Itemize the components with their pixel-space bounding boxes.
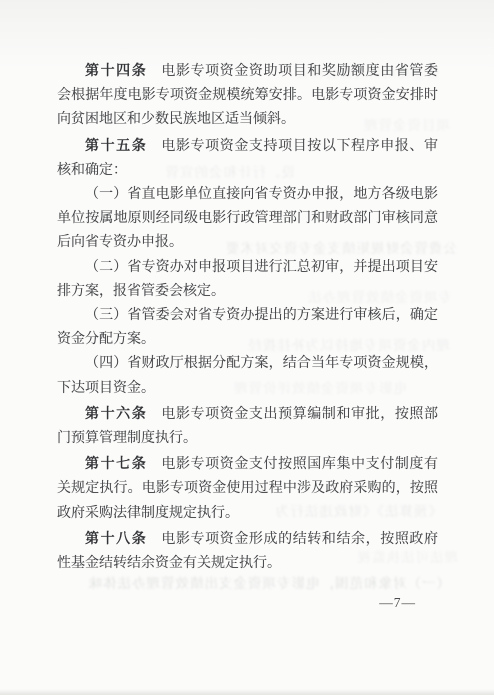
scanned-document-page: 资金使用情况监督检查 项目资金管理 设。行计和会的宣管 公费管会财规矩绩支金专资…	[0, 0, 494, 695]
scan-shading-bottom	[0, 689, 494, 695]
paragraph: （四）省财政厅根据分配方案，结合当年专项资金规模，下达项目资金。	[57, 352, 438, 400]
article-number: 第十八条	[85, 530, 147, 546]
paragraph-text: （三）省管委会对省专资办提出的方案进行审核后，确定资金分配方案。	[57, 308, 438, 347]
paragraph: （一）省直电影单位直接向省专资办申报，地方各级电影单位按属地原则经同级电影行政管…	[57, 183, 438, 256]
paragraph: （三）省管委会对省专资办提出的方案进行审核后，确定资金分配方案。	[57, 304, 438, 352]
article-number: 第十七条	[85, 455, 147, 471]
paragraph-text: （一）省直电影单位直接向省专资办申报，地方各级电影单位按属地原则经同级电影行政管…	[57, 187, 438, 250]
paragraph: 第十五条电影专项资金支持项目按以下程序申报、审核和确定：	[57, 133, 438, 183]
paragraph-text: （二）省专资办对申报项目进行汇总初审，并提出项目安排方案，报省管委会核定。	[57, 260, 438, 299]
paragraph: 第十八条电影专项资金形成的结转和结余，按照政府性基金结转结余资金有关规定执行。	[57, 526, 438, 576]
document-body: 第十四条电影专项资金资助项目和奖励额度由省管委会根据年度电影专项资金规模统筹安排…	[57, 58, 438, 576]
paragraph: 第十七条电影专项资金支付按照国库集中支付制度有关规定执行。电影专项资金使用过程中…	[57, 451, 438, 526]
article-number: 第十四条	[85, 62, 147, 78]
paragraph: 第十六条电影专项资金支出预算编制和审批，按照部门预算管理制度执行。	[57, 401, 438, 451]
paragraph: （二）省专资办对申报项目进行汇总初审，并提出项目安排方案，报省管委会核定。	[57, 256, 438, 304]
paragraph-text: （四）省财政厅根据分配方案，结合当年专项资金规模，下达项目资金。	[57, 356, 438, 395]
article-number: 第十五条	[85, 137, 147, 153]
paragraph: 第十四条电影专项资金资助项目和奖励额度由省管委会根据年度电影专项资金规模统筹安排…	[57, 58, 438, 133]
page-number: —7—	[379, 595, 416, 611]
article-number: 第十六条	[85, 405, 147, 421]
